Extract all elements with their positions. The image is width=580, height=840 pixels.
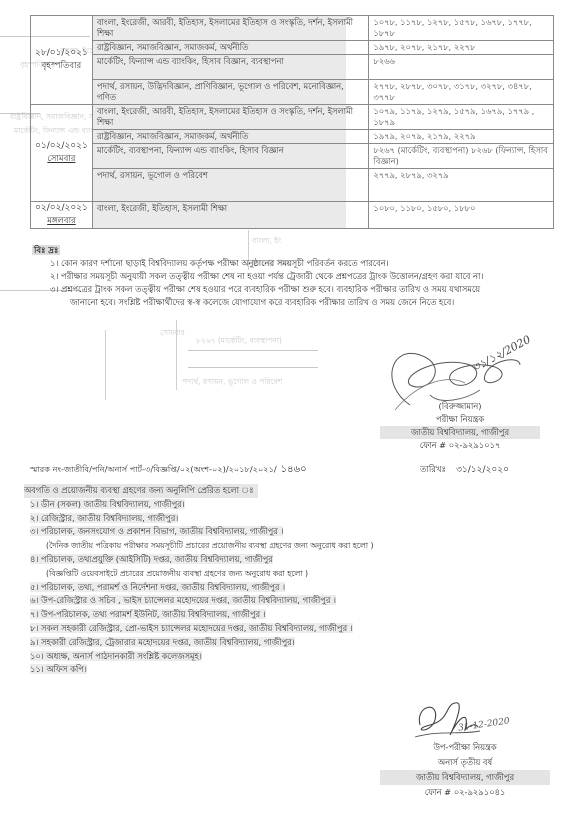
ghost-text: ৮২৬৭ (মার্কেটিং, ব্যবস্থাপনা) <box>196 336 282 348</box>
distribution-intro: অবগতি ও প্রয়োজনীয় ব্যবস্থা গ্রহণের জন্… <box>24 484 258 498</box>
subject-codes-cell: ২৭৭৮, ২৮৭৮, ৩০৭৮, ৩১৭৮, ৩২৭৮, ৩৪৭৮, ৩৭৭৮ <box>369 80 554 105</box>
distribution-item-note: (দৈনিক জাতীয় পত্রিকায় পরীক্ষার সময়সূচ… <box>24 539 564 553</box>
memo-ref-label: স্মারক নং-জাতীবি/পনি/অনার্স পার্ট-৩/বিজ্… <box>30 464 277 474</box>
distribution-item-text: ৩। পরিচালক, জনসংযোগ ও প্রকাশন বিভাগ, জাত… <box>30 526 283 536</box>
memo-date: তারিখঃ৩১/১২/২০২০ <box>420 462 509 477</box>
schedule-row: ২৮/০১/২০২১বৃহস্পতিবারবাংলা, ইংরেজী, আরবী… <box>31 16 554 41</box>
document-page: বাংলা, ইংরেজী, আরবী, ইতিহাস, ইসলামের ইতি… <box>0 0 580 840</box>
distribution-item-text: ১১। অফিস কপি। <box>30 664 87 674</box>
exam-date-cell: ২৮/০১/২০২১বৃহস্পতিবার <box>31 16 93 105</box>
signatory-controller: (বিরুজ্জামান) পরীক্ষা নিয়ন্ত্রক জাতীয় … <box>380 400 540 452</box>
distribution-item: ৫। পরিচালক, তথ্য, পরামর্শ ও নির্দেশনা দপ… <box>24 581 564 595</box>
distribution-item-text: ৬। উপ-রেজিস্ট্রার ও সচিব , ভাইস চ্যান্সে… <box>30 595 336 605</box>
subjects-cell: রাষ্ট্রবিজ্ঞান, সমাজবিজ্ঞান, সমাজকর্ম, অ… <box>92 41 368 55</box>
distribution-item-text: ৮। সকল সহকারী রেজিস্ট্রার, প্রো-ভাইস চ্য… <box>30 623 353 633</box>
distribution-item: ২। রেজিস্ট্রার, জাতীয় বিশ্ববিদ্যালয়, গ… <box>24 512 564 526</box>
signatory-phone: ফোন # ০২-৯২৯১০১৭ <box>380 439 540 452</box>
distribution-item: ৩। পরিচালক, জনসংযোগ ও প্রকাশন বিভাগ, জাত… <box>24 525 564 539</box>
notes-title: বিঃ দ্রঃ <box>32 245 60 255</box>
signatory-dept: অনার্স তৃতীয় বর্ষ <box>380 755 550 770</box>
subject-codes-cell: ১০৭৮, ১১৭৮, ১২৭৮, ১৫৭৮, ১৬৭৮, ১৭৭৮, ১৮৭৮ <box>369 16 554 41</box>
distribution-item-text: ৭। উপ-পরিচালক, তথ্য পরামর্শ ইউনিট, জাতীয… <box>30 609 266 619</box>
note-continuation: জানানো হবে। সংশ্লিষ্ট পরীক্ষার্থীদের স্ব… <box>30 296 560 309</box>
subject-codes-cell: ৮২৬৭ (মার্কেটিং, ব্যবস্থাপনা) ৮২৬৮ (ফিন্… <box>369 144 554 169</box>
distribution-item-text: ৯। সহকারী রেজিস্ট্রার, ট্রেজারার মহোদয়ে… <box>30 637 295 647</box>
subjects-cell: বাংলা, ইংরেজী, ইতিহাস, ইসলামী শিক্ষা <box>92 202 368 229</box>
note-item: ১। কোন কারণ দর্শানো ছাড়াই বিশ্ববিদ্যালয… <box>30 257 560 270</box>
signatory-title: পরীক্ষা নিয়ন্ত্রক <box>380 413 540 426</box>
memo-date-label: তারিখঃ <box>420 465 446 475</box>
signatory-phone: ফোন # ০২-৯২৯১০৪১ <box>380 785 550 800</box>
distribution-item: ৪। পরিচালক, তথ্যপ্রযুক্তি (আইসিটি) দপ্তর… <box>24 553 564 567</box>
exam-day: মঙ্গলবার <box>35 216 88 227</box>
schedule-row: মার্কেটিং, ফিন্যান্স এন্ড ব্যাংকিং, হিসা… <box>31 55 554 80</box>
schedule-row: ০১/০২/২০২১সোমবারবাংলা, ইংরেজী, আরবী, ইতি… <box>31 105 554 130</box>
subject-codes-cell: ১০৮০, ১১৮০, ১৫৮০, ১৮৮০ <box>369 202 554 229</box>
signatory-org: জাতীয় বিশ্ববিদ্যালয়, গাজীপুর <box>380 770 550 785</box>
subjects-cell: পদার্থ, রসায়ন, উদ্ভিদবিজ্ঞান, প্রাণিবিজ… <box>92 80 368 105</box>
distribution-item-text: ২। রেজিস্ট্রার, জাতীয় বিশ্ববিদ্যালয়, গ… <box>30 513 178 523</box>
distribution-item: ১। ডীন (সকল) জাতীয় বিশ্ববিদ্যালয়, গাজী… <box>24 498 564 512</box>
signatory-deputy: উপ-পরীক্ষা নিয়ন্ত্রক অনার্স তৃতীয় বর্ষ… <box>380 740 550 800</box>
subjects-cell: মার্কেটিং, ফিন্যান্স এন্ড ব্যাংকিং, হিসা… <box>92 55 368 80</box>
exam-date-cell: ০২/০২/২০২১মঙ্গলবার <box>31 202 93 229</box>
distribution-item: ১০। অধ্যক্ষ, অনার্স পাঠদানকারী সংশ্লিষ্ট… <box>24 650 564 664</box>
distribution-item-text: ১০। অধ্যক্ষ, অনার্স পাঠদানকারী সংশ্লিষ্ট… <box>30 651 202 661</box>
exam-date: ০২/০২/২০২১ <box>35 203 88 213</box>
exam-schedule-table: ২৮/০১/২০২১বৃহস্পতিবারবাংলা, ইংরেজী, আরবী… <box>30 15 554 229</box>
subjects-cell: বাংলা, ইংরেজী, আরবী, ইতিহাস, ইসলামের ইতি… <box>92 105 368 130</box>
exam-date: ২৮/০১/২০২১ <box>35 48 88 58</box>
signature-deputy-icon <box>400 695 550 745</box>
schedule-row: পদার্থ, রসায়ন, ভূগোল ও পরিবেশ২৭৭৯, ২৮৭৯… <box>31 169 554 202</box>
subjects-cell: রাষ্ট্রবিজ্ঞান, সমাজবিজ্ঞান, সমাজকর্ম, অ… <box>92 130 368 144</box>
memo-date-value: ৩১/১২/২০২০ <box>456 465 509 475</box>
subject-codes-cell: ১০৭৯, ১১৭৯, ১২৭৯, ১৫৭৯, ১৬৭৯, ১৭৭৯ , ১৮৭… <box>369 105 554 130</box>
exam-date: ০১/০২/২০২১ <box>35 141 88 151</box>
ghost-text: পদার্থ, রসায়ন, ভূগোল ও পরিবেশ <box>182 377 282 389</box>
memo-ref-number: ১৪৬০ <box>281 464 307 475</box>
notes-section: বিঃ দ্রঃ ১। কোন কারণ দর্শানো ছাড়াই বিশ্… <box>30 244 560 309</box>
distribution-item-note: (বিজ্ঞপ্তিটি ওয়েবসাইটে প্রচারের প্রয়োজ… <box>24 567 564 581</box>
distribution-item: ৮। সকল সহকারী রেজিস্ট্রার, প্রো-ভাইস চ্য… <box>24 622 564 636</box>
signatory-name: (বিরুজ্জামান) <box>380 400 540 413</box>
distribution-item: ১১। অফিস কপি। <box>24 663 564 677</box>
memo-reference: স্মারক নং-জাতীবি/পনি/অনার্স পার্ট-৩/বিজ্… <box>30 462 307 479</box>
subject-codes-cell: ১৯৭৯, ২০৭৯, ২১৭৯, ২২৭৯ <box>369 130 554 144</box>
note-item: ৩। প্রশ্নপত্রের ট্রাংক সকল তত্ত্বীয় পরী… <box>30 283 560 296</box>
distribution-list: অবগতি ও প্রয়োজনীয় ব্যবস্থা গ্রহণের জন্… <box>24 484 564 677</box>
ghost-text: সোমবার <box>160 328 185 340</box>
exam-day: বৃহস্পতিবার <box>35 61 88 72</box>
distribution-item: ৬। উপ-রেজিস্ট্রার ও সচিব , ভাইস চ্যান্সে… <box>24 594 564 608</box>
schedule-row: রাষ্ট্রবিজ্ঞান, সমাজবিজ্ঞান, সমাজকর্ম, অ… <box>31 130 554 144</box>
distribution-item-text: ৫। পরিচালক, তথ্য, পরামর্শ ও নির্দেশনা দপ… <box>30 582 285 592</box>
exam-day: সোমবার <box>35 154 88 165</box>
schedule-row: রাষ্ট্রবিজ্ঞান, সমাজবিজ্ঞান, সমাজকর্ম, অ… <box>31 41 554 55</box>
schedule-row: পদার্থ, রসায়ন, উদ্ভিদবিজ্ঞান, প্রাণিবিজ… <box>31 80 554 105</box>
distribution-item-text: ১। ডীন (সকল) জাতীয় বিশ্ববিদ্যালয়, গাজী… <box>30 499 185 509</box>
subject-codes-cell: ৮২৬৬ <box>369 55 554 80</box>
exam-date-cell: ০১/০২/২০২১সোমবার <box>31 105 93 202</box>
schedule-row: মার্কেটিং, ব্যবস্থাপনা, ফিন্যান্স এন্ড ব… <box>31 144 554 169</box>
signatory-title: উপ-পরীক্ষা নিয়ন্ত্রক <box>380 740 550 755</box>
distribution-item-text: ৪। পরিচালক, তথ্যপ্রযুক্তি (আইসিটি) দপ্তর… <box>30 554 273 564</box>
distribution-item: ৯। সহকারী রেজিস্ট্রার, ট্রেজারার মহোদয়ে… <box>24 636 564 650</box>
subject-codes-cell: ২৭৭৯, ২৮৭৯, ৩২৭৯ <box>369 169 554 202</box>
subjects-cell: মার্কেটিং, ব্যবস্থাপনা, ফিন্যান্স এন্ড ব… <box>92 144 368 169</box>
note-item: ২। পরীক্ষার সময়সূচী অনুযায়ী সকল তত্ত্ব… <box>30 270 560 283</box>
signatory-org: জাতীয় বিশ্ববিদ্যালয়, গাজীপুর <box>380 426 540 439</box>
schedule-row: ০২/০২/২০২১মঙ্গলবারবাংলা, ইংরেজী, ইতিহাস,… <box>31 202 554 229</box>
subjects-cell: বাংলা, ইংরেজী, আরবী, ইতিহাস, ইসলামের ইতি… <box>92 16 368 41</box>
distribution-item: ৭। উপ-পরিচালক, তথ্য পরামর্শ ইউনিট, জাতীয… <box>24 608 564 622</box>
subject-codes-cell: ১৯৭৮, ২০৭৮, ২১৭৮, ২২৭৮ <box>369 41 554 55</box>
subjects-cell: পদার্থ, রসায়ন, ভূগোল ও পরিবেশ <box>92 169 368 202</box>
